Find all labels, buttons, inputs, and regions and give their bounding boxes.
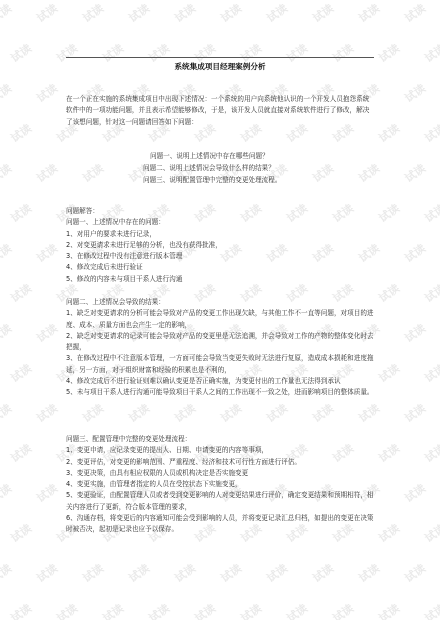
watermark-text: 试读 (33, 240, 60, 266)
answer-1-item: 3、在修改过程中没有注意进行版本管理 (66, 251, 374, 262)
answer-1-item: 4、修改完成后未进行验证 (66, 262, 374, 273)
answer-3-item: 5、变更验证，由配置管理人员或者受到变更影响的人对变更结果进行评价，确定变更结果… (66, 490, 374, 513)
watermark-text: 试读 (309, 0, 336, 26)
watermark-text: 试读 (217, 400, 244, 426)
watermark-text: 试读 (0, 480, 15, 506)
watermark-text: 试读 (421, 360, 440, 386)
watermark-text: 试读 (355, 400, 382, 426)
document-title: 系统集成项目经理案例分析 (66, 61, 374, 72)
answer-3-item: 6、沟通存档，将变更后的内容通知可能会受到影响的人员，并将变更记录汇总归档，如提… (66, 513, 374, 536)
answer-1-item: 2、对变更请求未进行足够的分析，也没有获得批准， (66, 240, 374, 251)
watermark-text: 试读 (7, 520, 34, 546)
watermark-text: 试读 (0, 0, 15, 26)
watermark-text: 试读 (421, 120, 440, 146)
watermark-text: 试读 (355, 0, 382, 26)
answer-2-item: 4、修改完成后不进行验证则难以确认变更是否正确实施，为变更付出的工作量也无法得到… (66, 376, 374, 387)
watermark-text: 试读 (263, 0, 290, 26)
watermark-text: 试读 (0, 320, 15, 346)
answer-2-item: 1、缺乏对变更请求的分析可能会导致对产品的变更工作出现欠缺，与其他工作不一直等问… (66, 308, 374, 331)
question-1: 问题一、说明上述情况中存在哪些问题？ (150, 150, 269, 160)
watermark-text: 试读 (401, 160, 428, 186)
watermark-text: 试读 (145, 600, 172, 620)
watermark-text: 试读 (7, 440, 34, 466)
answer-2-item: 2、缺乏对变更请求的记录可能会导致对产品的变更里是无法追溯，并会导致对工作的产物… (66, 331, 374, 354)
watermark-text: 试读 (191, 600, 218, 620)
watermark-text: 试读 (7, 600, 34, 620)
answer-2-item: 3、在修改过程中不注意版本管理，一方面可能会导致当变更失败时无法进行复原，造成成… (66, 353, 374, 376)
answer-3-section: 问题三、配置管理中完整的变更处理流程： 1、变更申请，应记录变更的提出人、日期、… (66, 434, 374, 536)
answer-1-item: 5、修改的内容未与项目干系人进行沟通 (66, 274, 374, 285)
watermark-text: 试读 (33, 400, 60, 426)
answer-1-item: 1、对用户的要求未进行记录， (66, 229, 374, 240)
watermark-text: 试读 (237, 600, 264, 620)
watermark-text: 试读 (0, 240, 15, 266)
watermark-text: 试读 (375, 520, 402, 546)
watermark-text: 试读 (33, 160, 60, 186)
watermark-text: 试读 (401, 80, 428, 106)
watermark-text: 试读 (309, 400, 336, 426)
watermark-text: 试读 (79, 160, 106, 186)
watermark-text: 试读 (7, 120, 34, 146)
answer-3-item: 4、变更实施，由管理者指定的人员在受控状态下实施变更， (66, 479, 374, 490)
answer-3-heading: 问题三、配置管理中完整的变更处理流程： (66, 434, 374, 445)
watermark-text: 试读 (33, 320, 60, 346)
watermark-text: 试读 (401, 320, 428, 346)
watermark-text: 试读 (125, 0, 152, 26)
watermark-text: 试读 (33, 480, 60, 506)
answer-3-item: 2、变更评估，对变更的影响范围、严重程度、经济和技术可行性方面进行评估。 (66, 457, 374, 468)
watermark-text: 试读 (309, 160, 336, 186)
watermark-text: 试读 (421, 200, 440, 226)
watermark-text: 试读 (125, 560, 152, 586)
watermark-text: 试读 (355, 160, 382, 186)
watermark-text: 试读 (375, 600, 402, 620)
watermark-text: 试读 (217, 0, 244, 26)
watermark-text: 试读 (375, 280, 402, 306)
watermark-text: 试读 (401, 400, 428, 426)
watermark-text: 试读 (171, 560, 198, 586)
watermark-text: 试读 (171, 0, 198, 26)
watermark-text: 试读 (79, 400, 106, 426)
watermark-text: 试读 (0, 560, 15, 586)
watermark-text: 试读 (0, 160, 15, 186)
watermark-text: 试读 (7, 200, 34, 226)
watermark-text: 试读 (421, 440, 440, 466)
answer-3-item: 3、变更决策，由具有相应权限的人员或机构决定是否实施变更 (66, 468, 374, 479)
watermark-text: 试读 (217, 560, 244, 586)
watermark-text: 试读 (329, 600, 356, 620)
intro-paragraph: 在一个正在实施的系统集成项目中出现下述情况：一个系统的用户向系统他认识的一个开发… (66, 94, 374, 128)
watermark-text: 试读 (421, 600, 440, 620)
watermark-text: 试读 (125, 400, 152, 426)
watermark-text: 试读 (401, 0, 428, 26)
watermark-text: 试读 (33, 80, 60, 106)
answer-1-section: 问题解答： 问题一、上述情况中存在的问题： 1、对用户的要求未进行记录， 2、对… (66, 206, 374, 285)
watermark-text: 试读 (401, 560, 428, 586)
watermark-text: 试读 (375, 40, 402, 66)
answers-heading: 问题解答： (66, 206, 374, 217)
watermark-text: 试读 (421, 520, 440, 546)
watermark-text: 试读 (401, 480, 428, 506)
watermark-text: 试读 (79, 0, 106, 26)
watermark-text: 试读 (53, 600, 80, 620)
watermark-text: 试读 (375, 360, 402, 386)
watermark-text: 试读 (171, 400, 198, 426)
answer-2-section: 问题二、上述情况会导致的结果： 1、缺乏对变更请求的分析可能会导致对产品的变更工… (66, 297, 374, 399)
header-rule (66, 57, 374, 58)
watermark-text: 试读 (7, 280, 34, 306)
watermark-text: 试读 (7, 40, 34, 66)
answer-1-heading: 问题一、上述情况中存在的问题： (66, 217, 374, 228)
watermark-text: 试读 (375, 200, 402, 226)
answer-3-item: 1、变更申请，应记录变更的提出人、日期、申请变更的内容等事项， (66, 445, 374, 456)
watermark-text: 试读 (309, 560, 336, 586)
watermark-text: 试读 (33, 0, 60, 26)
watermark-text: 试读 (79, 560, 106, 586)
question-3: 问题三、说明配置管理中完整的变更处理流程。 (143, 174, 281, 184)
watermark-text: 试读 (421, 280, 440, 306)
watermark-text: 试读 (99, 600, 126, 620)
watermark-text: 试读 (263, 560, 290, 586)
watermark-text: 试读 (375, 120, 402, 146)
watermark-text: 试读 (33, 560, 60, 586)
answer-2-item: 5、未与项目干系人进行沟通可能导致项目干系人之间的工作出现不一致之处，进而影响项… (66, 387, 374, 398)
watermark-text: 试读 (283, 600, 310, 620)
answer-2-heading: 问题二、上述情况会导致的结果： (66, 297, 374, 308)
watermark-text: 试读 (355, 560, 382, 586)
watermark-text: 试读 (263, 400, 290, 426)
watermark-text: 试读 (7, 360, 34, 386)
question-2: 问题二、说明上述情况会导致什么样的结果？ (143, 162, 275, 172)
watermark-text: 试读 (0, 80, 15, 106)
watermark-text: 试读 (375, 440, 402, 466)
watermark-text: 试读 (401, 240, 428, 266)
watermark-text: 试读 (421, 40, 440, 66)
watermark-text: 试读 (0, 400, 15, 426)
